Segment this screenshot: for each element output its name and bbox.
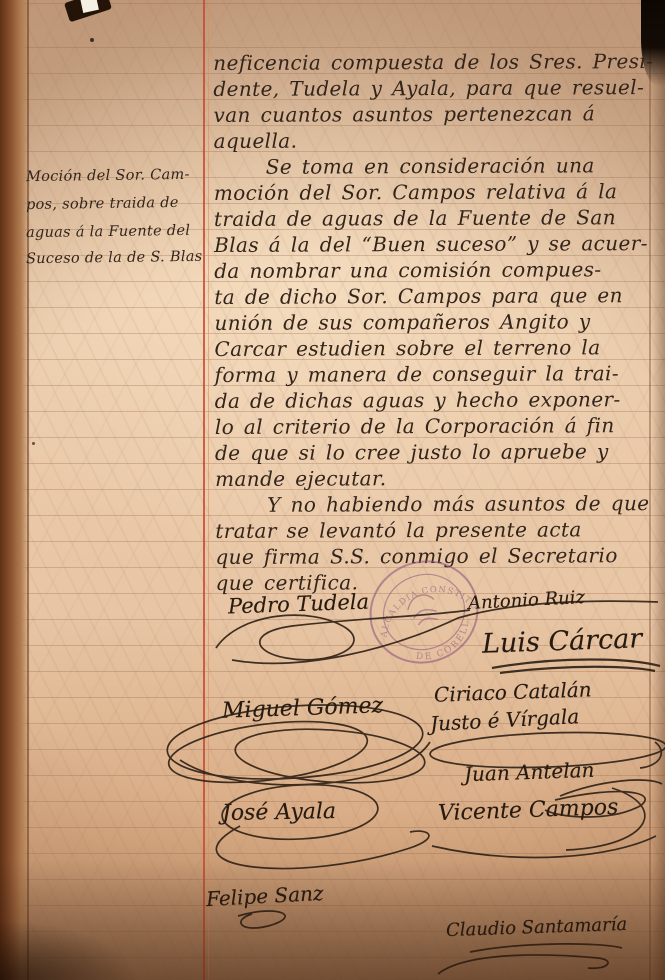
ink-speck xyxy=(32,442,35,445)
body-line: lo al criterio de la Corporación á fin xyxy=(215,413,615,439)
ink-speck xyxy=(90,38,94,42)
body-line: van cuantos asuntos pertenezcan á xyxy=(213,101,595,127)
red-margin-line xyxy=(203,0,205,980)
body-line: que firma S.S. conmigo el Secretario xyxy=(215,543,617,569)
body-line: dente, Tudela y Ayala, para que resuel- xyxy=(213,75,644,101)
margin-note-line: Suceso de la de S. Blas xyxy=(26,249,203,267)
manuscript-page: Moción del Sor. Cam- pos, sobre traida d… xyxy=(0,0,665,980)
body-line: neficencia compuesta de los Sres. Presi- xyxy=(213,49,653,75)
binding-edge xyxy=(0,0,30,980)
margin-note-line: pos, sobre traida de xyxy=(26,195,179,213)
body-line: mande ejecutar. xyxy=(215,466,387,491)
body-line: da de dichas aguas y hecho exponer- xyxy=(215,387,621,413)
red-margin-line-secondary xyxy=(208,0,209,980)
body-line: da nombrar una comisión compues- xyxy=(214,257,601,283)
binding-edge-line xyxy=(27,0,29,980)
body-line: Carcar estudien sobre el terreno la xyxy=(214,335,600,361)
body-line: moción del Sor. Campos relativa á la xyxy=(214,179,618,205)
body-line: forma y manera de conseguir la trai- xyxy=(215,361,619,387)
body-line: Blas á la del “Buen suceso” y se acuer- xyxy=(214,231,648,257)
body-line: tratar se levantó la presente acta xyxy=(215,517,582,543)
body-line: aquella. xyxy=(214,129,298,153)
right-edge-shadow xyxy=(651,0,665,980)
margin-note-line: aguas á la Fuente del xyxy=(26,223,190,241)
bottom-left-corner-shadow xyxy=(0,920,140,980)
body-line: Y no habiendo más asuntos de que xyxy=(215,491,649,517)
signature-luis-carcar: Luis Cárcar xyxy=(482,623,643,660)
body-line: de que si lo cree justo lo apruebe y xyxy=(215,439,609,465)
signature-pedro-tudela: Pedro Tudela xyxy=(228,590,370,619)
body-line: Se toma en consideración una xyxy=(214,153,595,179)
body-line: unión de sus compañeros Angito y xyxy=(214,309,590,335)
signature-jose-ayala: José Ayala xyxy=(222,799,336,826)
signature-juan-antelan: Juan Antelan xyxy=(464,758,595,787)
margin-note-line: Moción del Sor. Cam- xyxy=(26,167,190,185)
body-line: traida de aguas de la Fuente de San xyxy=(214,205,616,231)
body-line: ta de dicho Sor. Campos para que en xyxy=(214,283,623,309)
